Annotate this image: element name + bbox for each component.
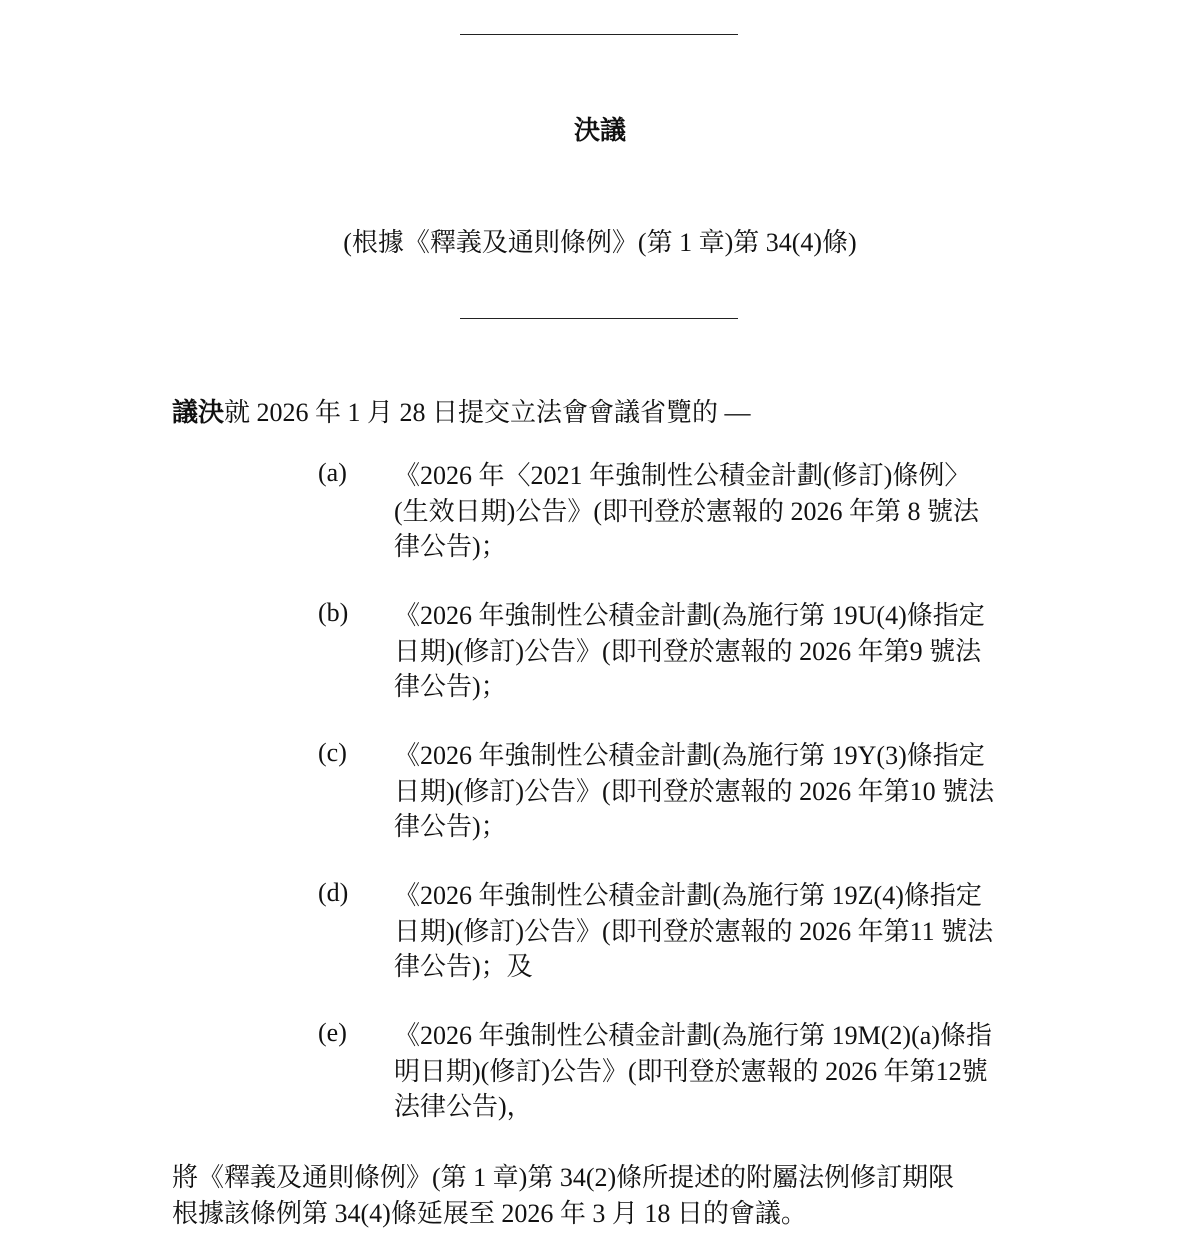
conclusion-line: 根據該條例第 34(4)條延展至 2026 年 3 月 18 日的會議。: [172, 1196, 954, 1232]
middle-divider: [460, 318, 738, 319]
item-line: 《2026 年強制性公積金計劃(為施行第 19U(4)條指定: [394, 598, 1034, 634]
item-text: 《2026 年強制性公積金計劃(為施行第 19M(2)(a)條指 明日期)(修訂…: [394, 1018, 1034, 1125]
item-line: 律公告)；及: [394, 949, 1034, 985]
item-text: 《2026 年強制性公積金計劃(為施行第 19U(4)條指定 日期)(修訂)公告…: [394, 598, 1034, 705]
item-text: 《2026 年強制性公積金計劃(為施行第 19Y(3)條指定 日期)(修訂)公告…: [394, 738, 1034, 845]
resolution-conclusion: 將《釋義及通則條例》(第 1 章)第 34(2)條所提述的附屬法例修訂期限 根據…: [172, 1160, 954, 1231]
item-line: 律公告)；: [394, 809, 1034, 845]
item-line: 日期)(修訂)公告》(即刊登於憲報的 2026 年第10 號法: [394, 774, 1034, 810]
item-label: (b): [318, 598, 348, 628]
document-title: 決議: [0, 110, 1200, 147]
document-subtitle: (根據《釋義及通則條例》(第 1 章)第 34(4)條): [0, 222, 1200, 259]
intro-bold-prefix: 議決: [172, 398, 224, 428]
top-divider: [460, 34, 738, 35]
item-label: (e): [318, 1018, 347, 1048]
item-line: 明日期)(修訂)公告》(即刊登於憲報的 2026 年第12號: [394, 1054, 1034, 1090]
item-line: 日期)(修訂)公告》(即刊登於憲報的 2026 年第11 號法: [394, 914, 1034, 950]
item-line: 日期)(修訂)公告》(即刊登於憲報的 2026 年第9 號法: [394, 634, 1034, 670]
item-line: (生效日期)公告》(即刊登於憲報的 2026 年第 8 號法: [394, 494, 1034, 530]
conclusion-line: 將《釋義及通則條例》(第 1 章)第 34(2)條所提述的附屬法例修訂期限: [172, 1160, 954, 1196]
item-text: 《2026 年〈2021 年強制性公積金計劃(修訂)條例〉 (生效日期)公告》(…: [394, 458, 1034, 565]
item-line: 《2026 年強制性公積金計劃(為施行第 19Z(4)條指定: [394, 878, 1034, 914]
item-line: 《2026 年強制性公積金計劃(為施行第 19Y(3)條指定: [394, 738, 1034, 774]
item-label: (c): [318, 738, 347, 768]
item-label: (a): [318, 458, 347, 488]
item-line: 律公告)；: [394, 529, 1034, 565]
item-line: 律公告)；: [394, 669, 1034, 705]
item-line: 《2026 年強制性公積金計劃(為施行第 19M(2)(a)條指: [394, 1018, 1034, 1054]
intro-text: 就 2026 年 1 月 28 日提交立法會會議省覽的 —: [224, 398, 751, 427]
resolution-intro: 議決就 2026 年 1 月 28 日提交立法會會議省覽的 —: [172, 392, 751, 429]
item-line: 法律公告)，: [394, 1089, 1034, 1125]
item-label: (d): [318, 878, 348, 908]
item-line: 《2026 年〈2021 年強制性公積金計劃(修訂)條例〉: [394, 458, 1034, 494]
item-text: 《2026 年強制性公積金計劃(為施行第 19Z(4)條指定 日期)(修訂)公告…: [394, 878, 1034, 985]
